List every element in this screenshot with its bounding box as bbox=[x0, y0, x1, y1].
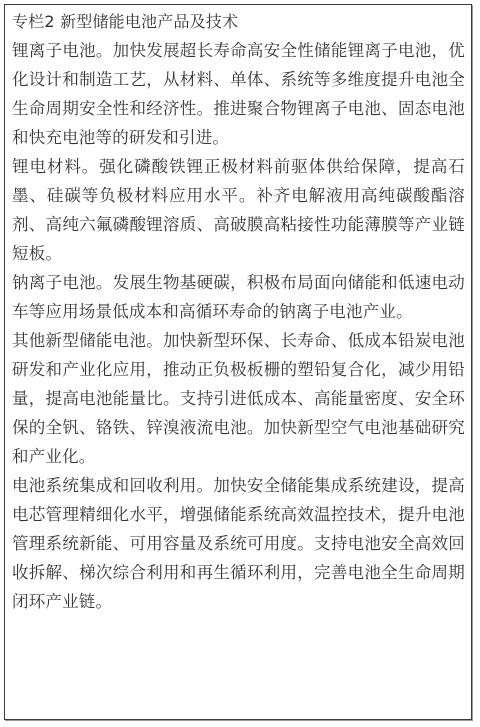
document-page: 专栏2 新型储能电池产品及技术 锂离子电池。加快发展超长寿命高安全性储能锂离子电… bbox=[0, 0, 480, 727]
paragraph-sodium-ion-battery: 钠离子电池。发展生物基硬碳，积极布局面向储能和低速电动车等应用场景低成本和高循环… bbox=[12, 268, 465, 326]
paragraph-system-integration-recycling: 电池系统集成和回收利用。加快安全储能集成系统建设，提高电芯管理精细化水平，增强储… bbox=[12, 471, 465, 616]
box-title: 专栏2 新型储能电池产品及技术 bbox=[12, 8, 465, 36]
paragraph-lithium-materials: 锂电材料。强化磷酸铁锂正极材料前驱体供给保障，提高石墨、硅碳等负极材料应用水平。… bbox=[12, 152, 465, 268]
sidebar-box-panel: 专栏2 新型储能电池产品及技术 锂离子电池。加快发展超长寿命高安全性储能锂离子电… bbox=[4, 4, 472, 720]
paragraph-other-new-batteries: 其他新型储能电池。加快新型环保、长寿命、低成本铅炭电池研发和产业化应用，推动正负… bbox=[12, 326, 465, 471]
paragraph-lithium-ion-battery: 锂离子电池。加快发展超长寿命高安全性储能锂离子电池，优化设计和制造工艺，从材料、… bbox=[12, 36, 465, 152]
